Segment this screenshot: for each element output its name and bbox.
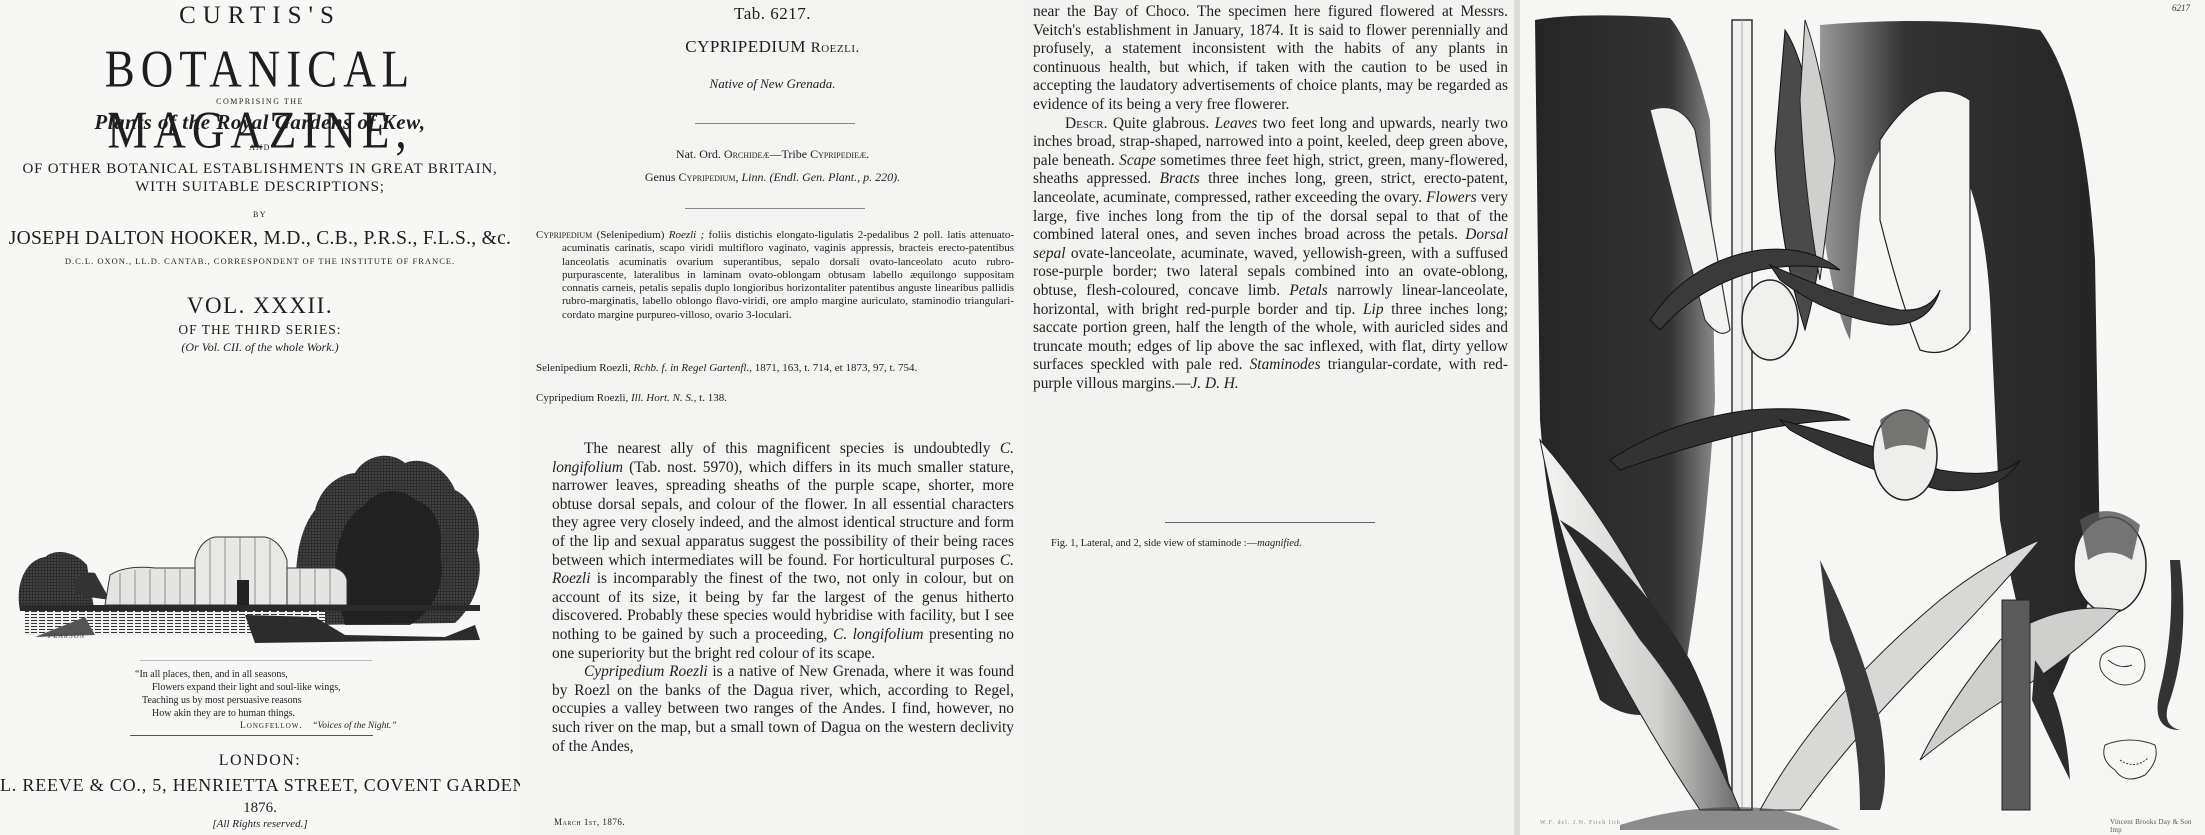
author-name: JOSEPH DALTON HOOKER, M.D., C.B., P.R.S.… [0,228,520,250]
divider-rule [1165,522,1375,523]
body-text-continued: near the Bay of Choco. The specimen here… [1033,3,1508,393]
synonym-2-name: Cypripedium Roezli, [536,392,628,404]
by-label: BY [0,210,520,219]
natural-order-line: Nat. Ord. Orchideæ—Tribe Cypripedieæ. [520,147,1025,162]
whole-work-label: (Or Vol. CII. of the whole Work.) [0,340,520,355]
poem-source: “Voices of the Night.” [312,721,396,731]
term-scape: Scape [1119,152,1156,169]
flower-pouch-upper [1742,280,1798,360]
text-run: The nearest ally of this magnificent spe… [584,440,990,457]
term-lip: Lip [1363,301,1384,318]
term-flowers: Flowers [1426,189,1476,206]
synonym-1-citation: 1871, 163, t. 714, et 1873, 97, t. 754. [755,362,918,374]
text-page-1: Tab. 6217. CYPRIPEDIUM Roezli. Native of… [520,0,1025,835]
volume-number: VOL. XXXII. [0,293,520,319]
genus-line: Genus Cypripedium, Linn. (Endl. Gen. Pla… [520,170,1025,185]
figure-caption: Fig. 1, Lateral, and 2, side view of sta… [1051,538,1302,549]
divider-rule [140,660,372,661]
plate-number: 6217 [2172,3,2190,13]
plate-tab-number: Tab. 6217. [520,4,1025,24]
imprint-city: LONDON: [0,752,520,770]
staminode-figure-1 [2100,646,2145,685]
latin-description: foliis distichis elongato-ligulatis 2-pe… [562,229,1014,321]
issue-date: March 1st, 1876. [554,817,625,827]
synonym-2: Cypripedium Roezli, Ill. Hort. N. S., t.… [536,392,1014,405]
description-paragraph: Descr. Quite glabrous. Leaves two feet l… [1033,115,1508,394]
figure-caption-emphasis: magnified. [1257,538,1302,549]
tribe-prefix: —Tribe [769,147,807,161]
species-ref: C. longifolium [833,626,924,643]
staminode-figure-2 [2104,740,2157,779]
title-page: CURTIS'S BOTANICAL MAGAZINE, COMPRISING … [0,0,520,835]
term-petals: Petals [1289,282,1327,299]
kew-palm-house-engraving [15,385,495,645]
imprint-publisher: L. REEVE & CO., 5, HENRIETTA STREET, COV… [0,775,520,796]
latin-species: Roezli ; [669,229,704,241]
other-line-1: OF OTHER BOTANICAL ESTABLISHMENTS IN GRE… [0,160,520,178]
divider-rule [685,208,865,209]
species-ref: Cypripedium Roezli [584,663,708,680]
plants-of-kew-line: Plants of the Royal Gardens of Kew, [0,110,520,135]
imprint-year: 1876. [0,800,520,817]
paragraph-2: Cypripedium Roezli is a native of New Gr… [552,663,1014,756]
divider-rule [130,735,373,736]
other-line-2: WITH SUITABLE DESCRIPTIONS; [0,178,520,196]
species-genus: CYPRIPEDIUM [685,37,806,56]
latin-genus: Cypripedium [536,229,592,241]
term-bracts: Bracts [1160,170,1200,187]
latin-diagnosis: Cypripedium (Selenipedium) Roezli ; foli… [536,229,1014,322]
nat-ord-prefix: Nat. Ord. [676,147,721,161]
author-initials: J. D. H. [1190,375,1238,392]
paragraph-1: The nearest ally of this magnificent spe… [552,440,1014,663]
poem-line-2: Flowers expand their light and soul-like… [130,681,430,694]
descr-label: Descr. [1065,115,1107,132]
species-epithet: Roezli. [811,40,860,56]
figure-caption-text: Fig. 1, Lateral, and 2, side view of sta… [1051,538,1257,549]
synonym-2-citation: t. 138. [699,392,727,404]
cypripedium-roezli-illustration [1520,0,2205,835]
tribe-name: Cypripedieæ. [810,147,869,161]
author-degrees: D.C.L. OXON., LL.D. CANTAB., CORRESPONDE… [0,256,520,266]
nat-ord-name: Orchideæ [724,147,770,161]
synonym-2-ref: Ill. Hort. N. S., [631,392,696,404]
poem-line-1: “In all places, then, and in all seasons… [130,668,430,681]
species-heading: CYPRIPEDIUM Roezli. [520,37,1025,57]
series-label: OF THE THIRD SERIES: [0,322,520,338]
genus-authority: Linn. [741,170,766,184]
poem-author: Longfellow. [240,721,303,731]
synonym-1: Selenipedium Roezli, Rchb. f. in Regel G… [536,362,1014,375]
plate-printer-credit: Vincent Brooks Day & Son Imp [2110,818,2205,834]
divider-rule [695,123,855,124]
latin-subgenus: (Selenipedium) [597,229,665,241]
comprising-label: COMPRISING THE [0,97,520,106]
native-region: Native of New Grenada. [520,76,1025,92]
body-text: The nearest ally of this magnificent spe… [552,440,1014,756]
other-establishments: OF OTHER BOTANICAL ESTABLISHMENTS IN GRE… [0,160,520,196]
synonym-1-ref: Rchb. f. in Regel Gartenfl., [633,362,752,374]
epigraph-poem: “In all places, then, and in all seasons… [130,668,430,733]
text-run: Quite glabrous. [1113,115,1209,132]
and-label: AND [0,143,520,152]
paragraph-continued: near the Bay of Choco. The specimen here… [1033,3,1508,115]
term-staminodes: Staminodes [1250,356,1321,373]
botanical-plate: 6217 W.F. del. J.N. Fitch lith Vincent B… [1520,0,2205,835]
magazine-kicker: CURTIS'S [0,2,520,30]
synonym-1-name: Selenipedium Roezli, [536,362,631,374]
engraver-signature: PEARSON [48,632,85,640]
text-page-2: near the Bay of Choco. The specimen here… [1025,0,1520,835]
genus-reference: (Endl. Gen. Plant., p. 220). [769,170,900,184]
plate-artist-credit: W.F. del. J.N. Fitch lith [1540,820,1621,826]
poem-line-4: How akin they are to human things. [130,707,430,720]
rights-notice: [All Rights reserved.] [0,818,520,830]
term-leaves: Leaves [1215,115,1258,132]
poem-attribution: Longfellow. “Voices of the Night.” [130,720,430,733]
poem-line-3: Teaching us by most persuasive reasons [130,694,430,707]
genus-prefix: Genus [645,170,676,184]
genus-name: Cypripedium, [679,170,739,184]
